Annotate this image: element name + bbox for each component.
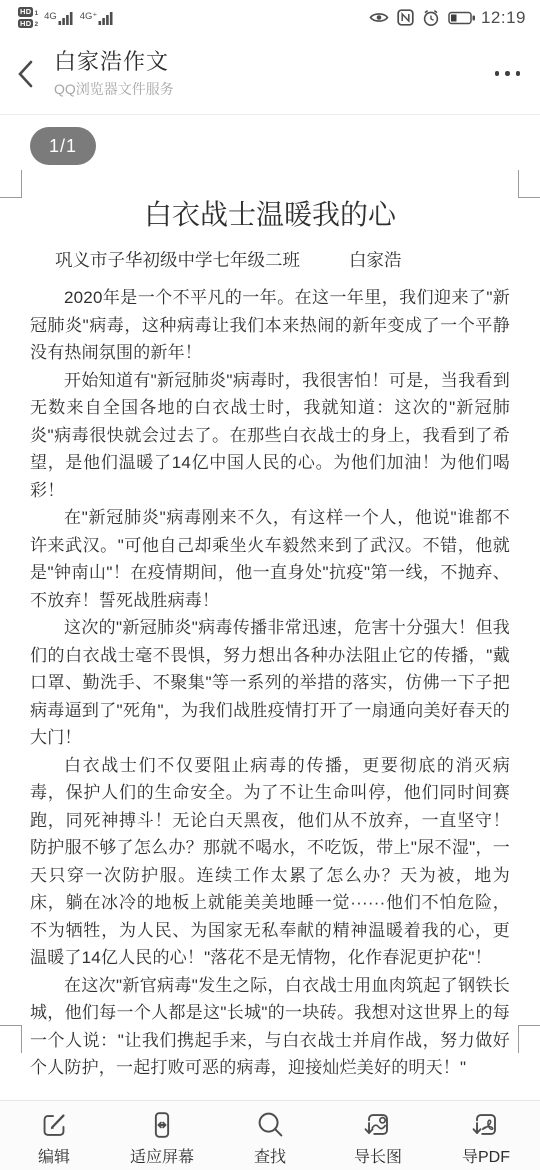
fit-screen-button[interactable]: 适应屏幕 <box>108 1101 216 1170</box>
document-viewport[interactable]: 1/1 白衣战士温暖我的心 巩义市子华初级中学七年级二班 白家浩 2020年是一… <box>0 115 540 1100</box>
status-left: HD1 HD2 4G 4G⁺ <box>18 7 120 28</box>
network1-label: 4G <box>44 12 57 21</box>
hd1-sub: 1 <box>34 10 38 17</box>
nfc-icon <box>397 9 414 26</box>
edit-icon <box>37 1107 71 1143</box>
essay-body: 2020年是一个不平凡的一年。在这一年里，我们迎来了"新冠肺炎"病毒，这种病毒让… <box>30 284 510 1082</box>
battery-icon <box>448 11 476 25</box>
page-indicator: 1/1 <box>30 127 96 165</box>
hd1-label: HD <box>18 7 33 17</box>
signal-sim1: 4G <box>44 11 73 25</box>
signal-bars-icon <box>58 11 73 25</box>
signal-bars-icon <box>98 11 113 25</box>
status-right: 12:19 <box>361 8 526 28</box>
bottom-toolbar: 编辑 适应屏幕 查找 <box>0 1100 540 1170</box>
essay-paragraph: 在"新冠肺炎"病毒刚来不久，有这样一个人，他说"谁都不许来武汉。"可他自己却乘坐… <box>30 504 510 614</box>
file-source: QQ浏览器文件服务 <box>54 79 174 99</box>
document-page: 白衣战士温暖我的心 巩义市子华初级中学七年级二班 白家浩 2020年是一个不平凡… <box>30 185 510 1082</box>
hd2-label: HD <box>18 19 33 29</box>
chevron-left-icon <box>16 59 36 89</box>
phone-screen: HD1 HD2 4G 4G⁺ <box>0 0 540 1170</box>
search-icon <box>253 1107 287 1143</box>
byline-author: 白家浩 <box>349 247 402 274</box>
edit-label: 编辑 <box>38 1144 70 1167</box>
file-title: 白家浩作文 <box>54 49 174 75</box>
page-corner-mark-bottom-right <box>518 1025 540 1053</box>
find-label: 查找 <box>254 1144 286 1167</box>
hd2-sub: 2 <box>34 21 38 28</box>
fit-screen-icon <box>145 1107 179 1143</box>
edit-button[interactable]: 编辑 <box>0 1101 108 1170</box>
status-bar: HD1 HD2 4G 4G⁺ <box>0 0 540 33</box>
find-button[interactable]: 查找 <box>216 1101 324 1170</box>
signal-sim2: 4G⁺ <box>80 11 114 25</box>
hd1-badge: HD1 <box>18 7 38 17</box>
page-corner-mark-top-right <box>518 170 540 198</box>
essay-paragraph: 这次的"新冠肺炎"病毒传播非常迅速，危害十分强大！但我们的白衣战士毫不畏惧，努力… <box>30 614 510 752</box>
export-long-image-label: 导长图 <box>354 1144 402 1167</box>
hd-badges: HD1 HD2 <box>18 7 38 28</box>
essay-paragraph: 2020年是一个不平凡的一年。在这一年里，我们迎来了"新冠肺炎"病毒，这种病毒让… <box>30 284 510 367</box>
page-corner-mark-top-left <box>0 170 22 198</box>
essay-byline: 巩义市子华初级中学七年级二班 白家浩 <box>30 247 510 274</box>
export-pdf-button[interactable]: 导PDF <box>432 1101 540 1170</box>
header-text: 白家浩作文 QQ浏览器文件服务 <box>54 49 174 99</box>
export-long-image-button[interactable]: 导长图 <box>324 1101 432 1170</box>
network2-label: 4G⁺ <box>80 12 98 21</box>
alarm-icon <box>422 9 440 27</box>
essay-title: 白衣战士温暖我的心 <box>30 198 510 232</box>
header-bar: 白家浩作文 QQ浏览器文件服务 <box>0 33 540 115</box>
byline-school: 巩义市子华初级中学七年级二班 <box>55 247 300 274</box>
export-pdf-icon <box>469 1107 503 1143</box>
export-pdf-label: 导PDF <box>462 1144 510 1167</box>
essay-paragraph: 白衣战士们不仅要阻止病毒的传播，更要彻底的消灭病毒，保护人们的生命安全。为了不让… <box>30 752 510 972</box>
essay-paragraph: 在这次"新官病毒"发生之际，白衣战士用血肉筑起了钢铁长城，他们每一个人都是这"长… <box>30 972 510 1082</box>
back-button[interactable] <box>16 56 42 92</box>
clock-time: 12:19 <box>481 8 526 28</box>
eye-comfort-icon <box>369 11 389 24</box>
fit-screen-label: 适应屏幕 <box>130 1144 194 1167</box>
export-long-image-icon <box>361 1107 395 1143</box>
hd2-badge: HD2 <box>18 19 38 29</box>
page-corner-mark-bottom-left <box>0 1025 22 1053</box>
essay-paragraph: 开始知道有"新冠肺炎"病毒时，我很害怕！可是，当我看到无数来自全国各地的白衣战士… <box>30 367 510 505</box>
more-menu-button[interactable] <box>491 61 525 86</box>
